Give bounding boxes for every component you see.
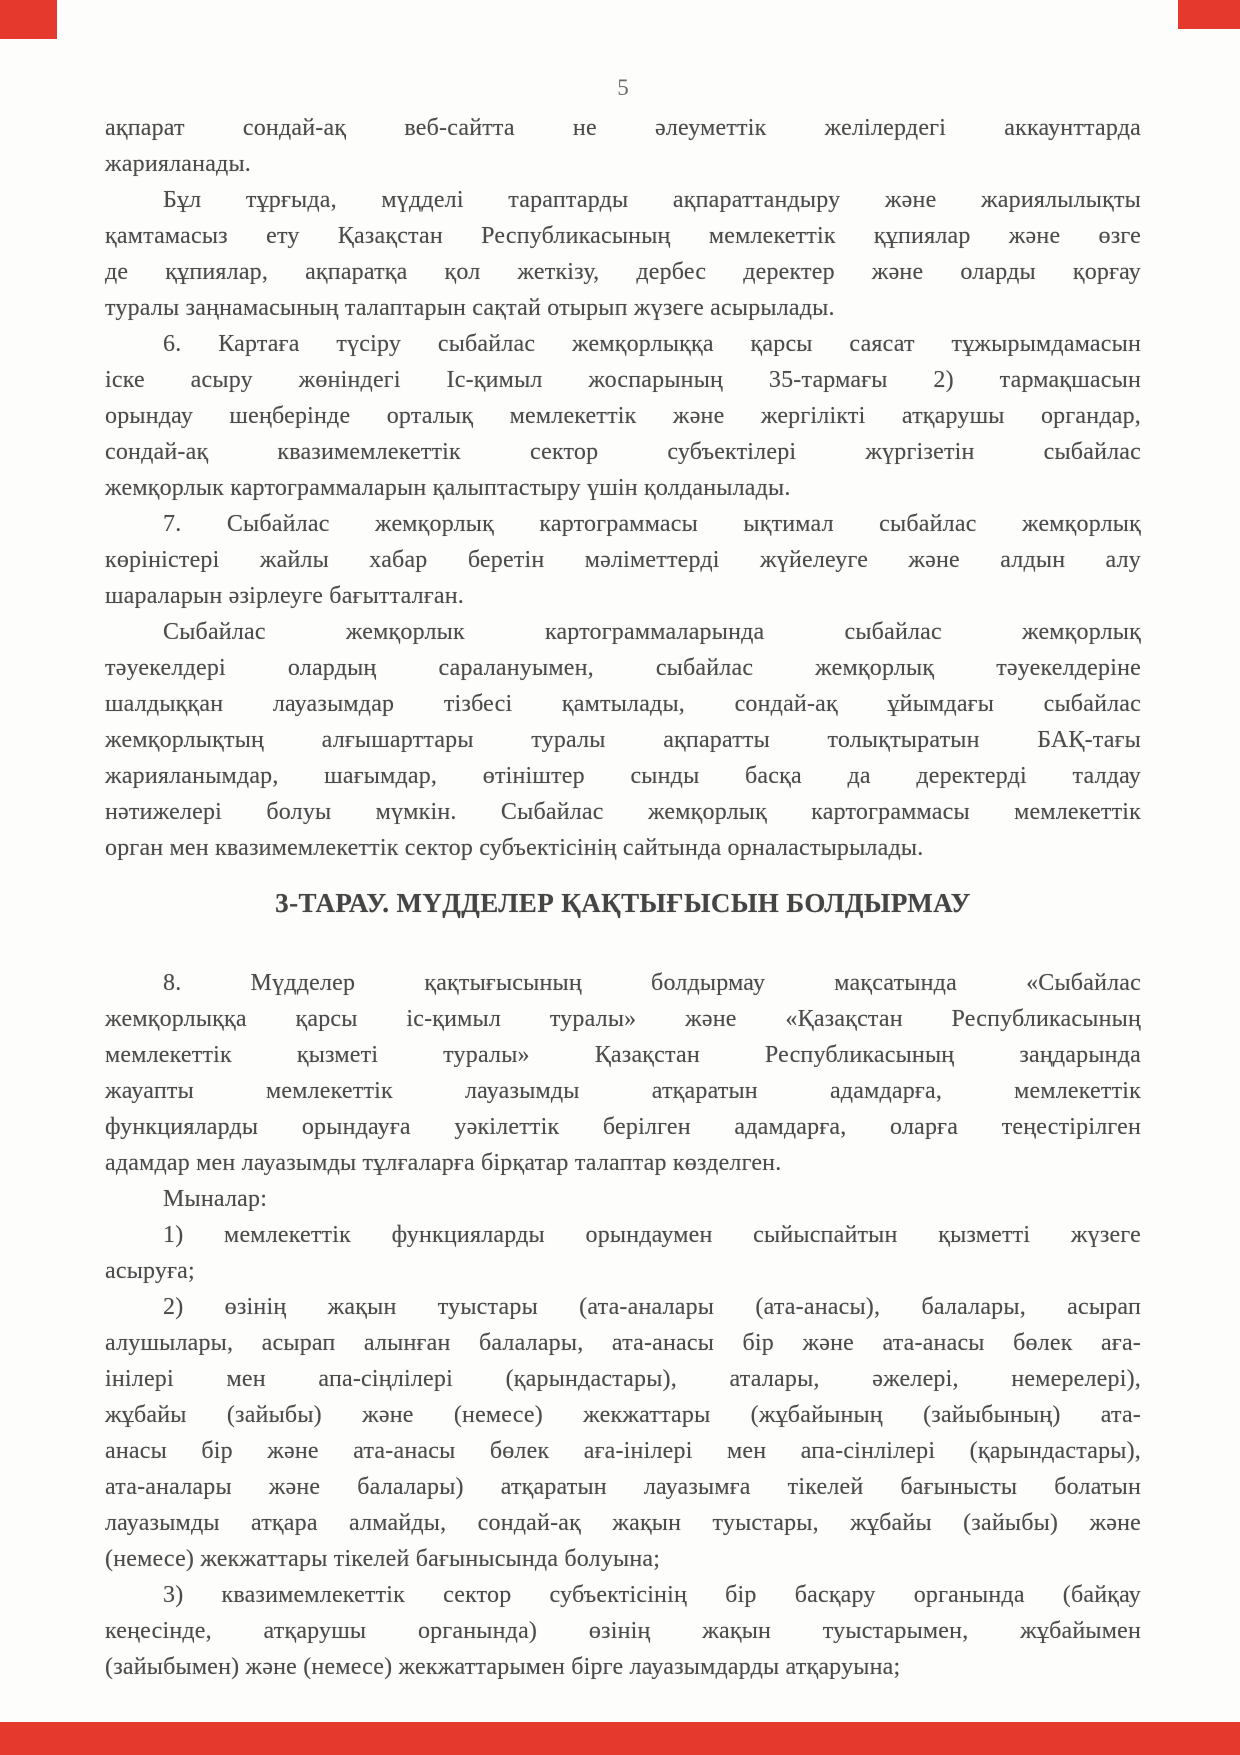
text-line: адамдар мен лауазымды тұлғаларға бірқата…: [105, 1145, 1141, 1181]
paragraph: 6. Картаға түсіру сыбайлас жемқорлыққа қ…: [105, 326, 1141, 506]
text-line: шалдыққан лауазымдар тізбесі қамтылады, …: [105, 686, 1141, 722]
text-line: ата-аналары және балалары) атқаратын лау…: [105, 1469, 1141, 1505]
text-line: (немесе) жекжаттары тікелей бағынысында …: [105, 1541, 1141, 1577]
text-line: 1) мемлекеттік функцияларды орындаумен с…: [105, 1217, 1141, 1253]
paragraph: Бұл тұрғыда, мүдделі тараптарды ақпаратт…: [105, 182, 1141, 326]
text-line: лауазымды атқара алмайды, сондай-ақ жақы…: [105, 1505, 1141, 1541]
text-line: көріністері жайлы хабар беретін мәліметт…: [105, 542, 1141, 578]
text-line: 6. Картаға түсіру сыбайлас жемқорлыққа қ…: [105, 326, 1141, 362]
text-line: 2) өзінің жақын туыстары (ата-аналары (а…: [105, 1289, 1141, 1325]
text-line: туралы заңнамасының талаптарын сақтай от…: [105, 290, 1141, 326]
text-line: інілері мен апа-сіңлілері (қарындастары)…: [105, 1361, 1141, 1397]
red-scan-artifact-bottom-bar: [0, 1722, 1240, 1755]
paragraph: 1) мемлекеттік функцияларды орындаумен с…: [105, 1217, 1141, 1289]
text-line: функцияларды орындауға уәкілеттік берілг…: [105, 1109, 1141, 1145]
chapter-heading: 3-ТАРАУ. МҮДДЕЛЕР ҚАҚТЫҒЫСЫН БОЛДЫРМАУ: [105, 888, 1141, 919]
paragraph: Мыналар:: [105, 1181, 1141, 1217]
text-line: шараларын әзірлеуге бағытталған.: [105, 578, 1141, 614]
text-line: жауапты мемлекеттік лауазымды атқаратын …: [105, 1073, 1141, 1109]
paragraph: 7. Сыбайлас жемқорлық картограммасы ықти…: [105, 506, 1141, 614]
text-line: іске асыру жөніндегі Іс-қимыл жоспарының…: [105, 362, 1141, 398]
page-body: 5 ақпарат сондай-ақ веб-сайтта не әлеуме…: [105, 70, 1141, 1685]
section-after-heading: 8. Мүдделер қақтығысының болдырмау мақса…: [105, 965, 1141, 1685]
paragraph: 8. Мүдделер қақтығысының болдырмау мақса…: [105, 965, 1141, 1181]
page-number: 5: [105, 70, 1141, 106]
paragraph: 3) квазимемлекеттік сектор субъектісінің…: [105, 1577, 1141, 1685]
text-line: орындау шеңберінде орталық мемлекеттік ж…: [105, 398, 1141, 434]
text-line: мемлекеттік қызметі туралы» Қазақстан Ре…: [105, 1037, 1141, 1073]
text-line: 7. Сыбайлас жемқорлық картограммасы ықти…: [105, 506, 1141, 542]
text-line: қамтамасыз ету Қазақстан Республикасының…: [105, 218, 1141, 254]
text-line: жарияланады.: [105, 146, 1141, 182]
text-line: 8. Мүдделер қақтығысының болдырмау мақса…: [105, 965, 1141, 1001]
text-line: жарияланымдар, шағымдар, өтініштер сынды…: [105, 758, 1141, 794]
text-line: (зайыбымен) және (немесе) жекжаттарымен …: [105, 1649, 1141, 1685]
text-line: жемқорлык картограммаларын қалыптастыру …: [105, 470, 1141, 506]
text-line: ақпарат сондай-ақ веб-сайтта не әлеуметт…: [105, 110, 1141, 146]
text-line: орган мен квазимемлекеттік сектор субъек…: [105, 830, 1141, 866]
text-line: жұбайы (зайыбы) және (немесе) жекжаттары…: [105, 1397, 1141, 1433]
document-page: 5 ақпарат сондай-ақ веб-сайтта не әлеуме…: [0, 0, 1240, 1755]
text-line: нәтижелері болуы мүмкін. Сыбайлас жемқор…: [105, 794, 1141, 830]
text-line: жемқорлықтың алғышарттары туралы ақпарат…: [105, 722, 1141, 758]
text-line: алушылары, асырап алынған балалары, ата-…: [105, 1325, 1141, 1361]
text-line: Мыналар:: [105, 1181, 1141, 1217]
text-line: сондай-ақ квазимемлекеттік сектор субъек…: [105, 434, 1141, 470]
red-scan-artifact-top-right: [1178, 0, 1240, 29]
section-before-heading: ақпарат сондай-ақ веб-сайтта не әлеуметт…: [105, 110, 1141, 866]
text-line: Сыбайлас жемқорлык картограммаларында сы…: [105, 614, 1141, 650]
text-line: де құпиялар, ақпаратқа қол жеткізу, дерб…: [105, 254, 1141, 290]
text-line: 3) квазимемлекеттік сектор субъектісінің…: [105, 1577, 1141, 1613]
text-line: Бұл тұрғыда, мүдделі тараптарды ақпаратт…: [105, 182, 1141, 218]
text-line: анасы бір және ата-анасы бөлек аға-ініле…: [105, 1433, 1141, 1469]
red-scan-artifact-top-left: [0, 0, 57, 39]
text-line: тәуекелдері олардың саралануымен, сыбайл…: [105, 650, 1141, 686]
paragraph: Сыбайлас жемқорлык картограммаларында сы…: [105, 614, 1141, 866]
text-line: кеңесінде, атқарушы органында) өзінің жа…: [105, 1613, 1141, 1649]
text-line: асыруға;: [105, 1253, 1141, 1289]
paragraph: ақпарат сондай-ақ веб-сайтта не әлеуметт…: [105, 110, 1141, 182]
paragraph: 2) өзінің жақын туыстары (ата-аналары (а…: [105, 1289, 1141, 1577]
text-line: жемқорлыққа қарсы іс-қимыл туралы» және …: [105, 1001, 1141, 1037]
